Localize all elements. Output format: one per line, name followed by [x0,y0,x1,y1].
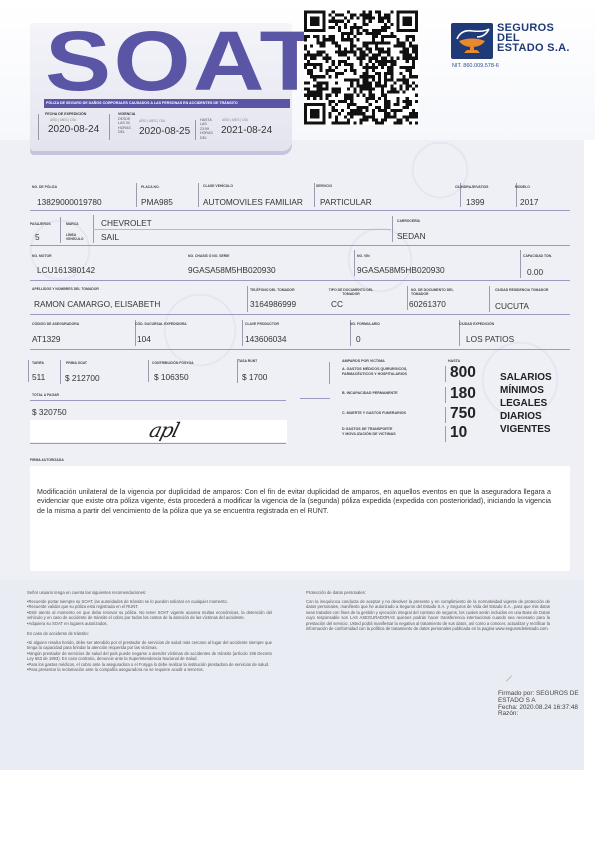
oil-lamp-icon [451,23,493,59]
phone-value: 3164986999 [250,299,296,309]
coverage-item-value: 10 [450,424,467,442]
document-number-label: No. DE DOCUMENTO DEL TOMADOR [411,288,461,296]
divider [109,114,110,140]
producer-key-label: CLAVE PRODUCTOR [245,322,279,326]
coverage-item-label: D GASTOS DE TRANSPORTEY MOVILIZACIÓN DE … [342,427,396,436]
coverage-item-label: C. MUERTE Y GASTOS FUNERARIOS [342,411,406,416]
line-value: SAIL [101,232,119,242]
displacement-label: CILINDRAJE/VATIOS [455,185,488,189]
validity-label: VIGENCIA [118,112,135,116]
residence-city-label: CIUDAD RESIDENCIA TOMADOR [495,288,548,292]
passengers-value: 5 [35,232,40,242]
coverage-item-value: 180 [450,385,476,403]
validity-to-ymd: AÑO | MES | DÍA [222,118,248,122]
producer-key-value: 143606034 [245,334,287,344]
contribution-value: $ 106350 [154,372,189,382]
validity-to-sublabel: HASTA LAS 23:59 HORAS DEL [200,118,216,140]
coverage-item-value: 750 [450,405,476,423]
document-type-value: CC [331,299,343,309]
line-label: LÍNEA VEHÍCULO [66,233,88,241]
expedition-ymd: AÑO | MES | DÍA [50,118,76,122]
validity-to-block: HASTA LAS 23:59 HORAS DEL AÑO | MES | DÍ… [195,112,285,148]
total-label: TOTAL A PAGAR [32,393,59,397]
divider [445,426,446,442]
brand-label: MARCA [66,222,79,226]
insurer-name-line3: ESTADO S.A. [497,43,570,53]
qr-code-icon [304,10,418,125]
document-number-value: 60261370 [409,299,446,309]
premium-value: $ 212700 [65,373,100,383]
expedition-date-block: FECHA DE EXPEDICIÓN AÑO | MES | DÍA 2020… [38,112,102,148]
plate-label: PLACA No. [141,185,160,189]
soat-header-card: SOAT PÓLIZA DE SEGURO DE DAÑOS CORPORALE… [30,23,292,151]
phone-label: TELÉFONO DEL TOMADOR [250,288,295,292]
unit-line: VIGENTES [500,423,552,436]
coverage-header-label: AMPAROS POR VICTIMA [342,359,385,364]
validity-from-date: 2020-08-25 [139,126,190,137]
form-number-value: 0 [356,334,361,344]
motor-value: LCU161380142 [37,265,95,275]
coverage-item-value: 800 [450,364,476,382]
displacement-value: 1399 [466,197,484,207]
rate-label: TARIFA [32,361,44,365]
policy-number-label: No. DE PÓLIZA [32,185,57,189]
coverage-limit-label: HASTA [448,359,460,364]
accident-item: •Para presentar la reclamación ante la c… [27,667,272,673]
document-type-label: TIPO DE DOCUMENTO DEL TOMADOR [328,288,374,296]
unit-line: DIARIOS [500,410,552,423]
branch-code-label: CÓD. SUCURSAL EXPEDIDORA [135,322,187,326]
policyholder-value: RAMON CAMARGO, ELISABETH [34,299,160,309]
validity-from-sublabel: DESDE LAS 00 HORAS DEL [118,117,132,135]
rate-value: 511 [32,372,45,382]
coverage-item-label: B. INCAPACIDAD PERMANENTE [342,391,398,396]
insurer-code-value: AT1329 [32,334,60,344]
validity-to-date: 2021-08-24 [221,125,272,136]
capacity-label: CAPACIDAD TON. [523,254,552,258]
service-value: PARTICULAR [320,197,372,207]
motor-label: No. MOTOR [32,254,52,258]
data-protection: Protección de datos personales: Con la i… [306,590,550,632]
coverage-item-label: A. GASTOS MÉDICOS QUIRURGICOS,FARMACÉUTI… [342,367,407,376]
recommendations: Señor usuario tenga en cuenta las siguie… [27,590,272,673]
body-type-label: CARROCERÍA [397,219,420,223]
validity-from-block: VIGENCIA DESDE LAS 00 HORAS DEL AÑO | ME… [109,112,195,148]
form-number-label: No. FORMULARIO [350,322,380,326]
unit-line: MÍNIMOS [500,384,552,397]
chassis-value: 9GASA58M5HB020930 [188,265,276,275]
body-type-value: SEDAN [397,231,426,241]
accident-item: •Ningún prestador de servicios de salud … [27,651,272,662]
notice-box [30,466,570,571]
validity-from-ymd: AÑO | MES | DÍA [139,119,165,123]
divider [445,366,446,382]
policy-number-value: 13829000019780 [37,197,102,207]
branch-code-value: 104 [137,334,151,344]
issue-city-value: LOS PATIOS [466,334,514,344]
unit-line: LEGALES [500,397,552,410]
vin-label: No. VIN [357,254,370,258]
plate-value: PMA985 [141,197,173,207]
divider [445,407,446,423]
total-value: $ 320750 [32,407,67,417]
divider [38,114,39,140]
divider [195,120,196,140]
accident-item: •Si alguien resulta herido, debe ser ate… [27,640,272,651]
service-label: SERVICIO [316,184,332,188]
insurer-nit: NIT. 860.009.578-6 [452,63,499,69]
policyholder-label: APELLIDOS Y NOMBRES DEL TOMADOR [32,287,99,291]
recommendation-item: •Esté atento al momento en que deba reno… [27,610,272,621]
expedition-date: 2020-08-24 [48,124,99,135]
insurer-code-label: CÓDIGO DE ASEGURADORA [32,322,79,326]
model-value: 2017 [520,197,538,207]
duplicity-notice: Modificación unilateral de la vigencia p… [37,488,551,516]
soat-banner: PÓLIZA DE SEGURO DE DAÑOS CORPORALES CAU… [44,99,290,108]
vin-value: 9GASA58M5HB020930 [357,265,445,275]
capacity-value: 0.00 [527,267,543,277]
unit-line: SALARIOS [500,371,552,384]
vehicle-class-value: AUTOMOVILES FAMILIAR [203,197,303,207]
digital-signature: Firmado por: SEGUROS DE ESTADO S A Fecha… [498,691,579,718]
data-protection-text: Con la inequívoca conducta de aceptar y … [306,599,550,632]
brand-value: CHEVROLET [101,218,152,228]
insurer-name: SEGUROS DEL ESTADO S.A. [497,23,570,53]
chassis-label: No. CHASIS ó No. SERIE [188,254,229,258]
divider [445,387,446,403]
passengers-label: PASAJEROS [30,222,51,226]
runt-fee-label: TASA RUNT [238,359,257,363]
authorized-signature-label: FIRMA AUTORIZADA [30,458,64,462]
model-label: MODELO [515,185,530,189]
coverage-unit: SALARIOS MÍNIMOS LEGALES DIARIOS VIGENTE… [500,371,552,436]
runt-fee-value: $ 1700 [242,372,267,382]
contribution-label: CONTRIBUCIÓN FOSYGA [152,361,194,365]
premium-label: PRIMA SOAT [66,361,87,365]
issue-city-label: CIUDAD EXPEDICIÓN [459,322,494,326]
expedition-label: FECHA DE EXPEDICIÓN [45,112,86,116]
soat-title: SOAT [45,19,322,103]
vehicle-class-label: CLASE VEHÍCULO [203,184,233,188]
residence-city-value: CUCUTA [495,301,529,311]
signed-reason: Razón: [498,711,579,718]
